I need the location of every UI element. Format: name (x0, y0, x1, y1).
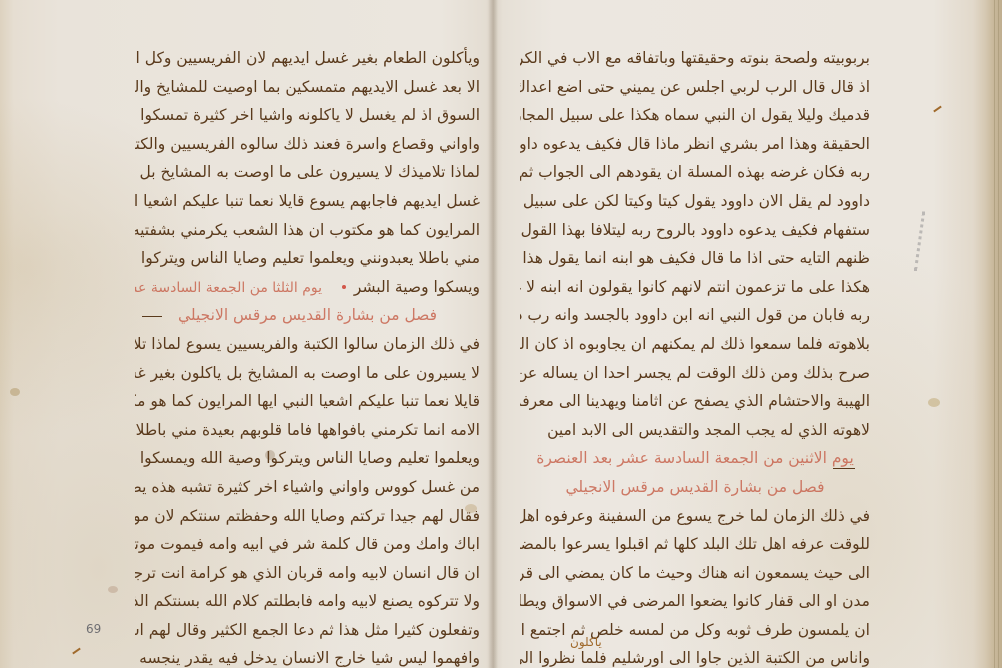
text-line: في ذلك الزمان سالوا الكتبة والفريسيين يس… (135, 330, 480, 359)
text-line: غسل ايديهم فاجابهم يسوع قايلا نعما تنبا … (135, 187, 480, 216)
ink-mark (933, 106, 942, 113)
underline-stroke (142, 316, 162, 317)
ink-mark (72, 648, 81, 655)
text-line: داوود لم يقل الان داوود يقول كيتا وكيتا … (520, 187, 870, 216)
text-line: الا بعد غسل الايديهم متمسكين بما اوصيت ل… (135, 73, 480, 102)
text-line: لماذا تلاميذك لا يسيرون على ما اوصت به ا… (135, 158, 480, 187)
catchword: ياكلون (570, 635, 602, 649)
text-line: لاهوته الذي له يجب المجد والتقديس الى ال… (520, 416, 870, 445)
text-line: الهيبة والاحتشام الذي يصفح عن اثامنا ويه… (520, 387, 870, 416)
stain (10, 388, 20, 396)
text-line: بربوبيته ولصحة بنوته وحقيقتها وباتفاقه م… (520, 44, 870, 73)
left-page: ويأكلون الطعام بغير غسل ايديهم لان الفري… (0, 0, 493, 668)
text-line: ستفهام فكيف يدعوه داوود بالروح ربه ليتلا… (520, 216, 870, 245)
text-line: قدميك وليلا يقول ان النبي سماه هكذا على … (520, 101, 870, 130)
left-text-block: ويأكلون الطعام بغير غسل ايديهم لان الفري… (135, 44, 480, 668)
punctuation-dot-icon (342, 285, 346, 289)
text-line: الامه انما تكرمني بافواهها فاما قلوبهم ب… (135, 416, 480, 445)
text-line: اذ قال قال الرب لربي اجلس عن يميني حتى ا… (520, 73, 870, 102)
page-edge (998, 0, 999, 668)
folio-number: 69 (86, 622, 101, 636)
rubric-day-heading: يوم الثلثا من الجمعة السادسة عشر بعد الع… (135, 280, 322, 296)
text-line: وتفعلون كثيرا مثل هذا ثم دعا الجمع الكثي… (135, 616, 480, 645)
stain (928, 398, 940, 407)
text-line: واواني وقصاع واسرة فعند ذلك سالوه الفريس… (135, 130, 480, 159)
rubric-day-heading: يوم الاثنين من الجمعة السادسة عشر بعد ال… (520, 444, 870, 473)
text-line: في ذلك الزمان لما خرج يسوع من السفينة وع… (520, 502, 870, 531)
text-line: هكذا على ما تزعمون انتم لانهم كانوا يقول… (520, 273, 870, 302)
text-line: ولا تتركوه يصنع لابيه وامه فابطلتم كلام … (135, 587, 480, 616)
page-edge (994, 0, 995, 668)
stain (108, 586, 118, 593)
text-line: السوق اذ لم يغسل لا ياكلونه واشيا اخر كث… (135, 101, 480, 130)
text-line: من غسل كووس واواني واشياء اخر كثيرة تشبه… (135, 473, 480, 502)
text-line-with-rubric: ويسكوا وصية البشر يوم الثلثا من الجمعة ا… (135, 273, 480, 302)
text-line: ويأكلون الطعام بغير غسل ايديهم لان الفري… (135, 44, 480, 73)
text-line: للوقت عرفه اهل تلك البلد كلها ثم اقبلوا … (520, 530, 870, 559)
text-line: ربه فكان غرضه بهذه المسلة ان يقودهم الى … (520, 158, 870, 187)
rubric-gospel-heading: فصل من بشارة القديس مرقس الانجيلي (520, 473, 870, 502)
text-line: وافهموا ليس شيا خارج الانسان يدخل فيه يق… (135, 644, 480, 668)
text-segment: ويسكوا وصية البشر (354, 278, 480, 296)
text-line: بلاهوته فلما سمعوا ذلك لم يمكنهم ان يجاو… (520, 330, 870, 359)
text-line: ان قال انسان لابيه وامه قربان الذي هو كر… (135, 559, 480, 588)
text-line: اباك وامك ومن قال كلمة شر في ابيه وامه ف… (135, 530, 480, 559)
text-line: الى حيث يسمعون انه هناك وحيث ما كان يمضي… (520, 559, 870, 588)
right-page: بربوبيته ولصحة بنوته وحقيقتها وباتفاقه م… (493, 0, 1002, 668)
text-line: المرايون كما هو مكتوب ان هذا الشعب يكرمن… (135, 216, 480, 245)
text-line: لا يسيرون على ما اوصت به المشايخ بل ياكل… (135, 359, 480, 388)
text-line: صرح بذلك ومن ذلك الوقت لم يجسر احدا ان ي… (520, 359, 870, 388)
text-line: مني باطلا يعبدونني ويعلموا تعليم وصايا ا… (135, 244, 480, 273)
text-line: ويعلموا تعليم وصايا الناس ويتركوا وصية ا… (135, 444, 480, 473)
underline-stroke (833, 468, 855, 469)
text-line: الحقيقة وهذا امر بشري انظر ماذا قال فكيف… (520, 130, 870, 159)
text-line: فقال لهم جيدا تركتم وصايا الله وحفظتم سن… (135, 502, 480, 531)
text-line: ظنهم التايه حتى اذا ما قال فكيف هو ابنه … (520, 244, 870, 273)
text-line: ربه فابان من قول النبي انه ابن داوود بال… (520, 301, 870, 330)
text-line: قايلا نعما تنبا عليكم اشعيا النبي ايها ا… (135, 387, 480, 416)
pencil-mark (914, 211, 935, 272)
right-text-block: بربوبيته ولصحة بنوته وحقيقتها وباتفاقه م… (520, 44, 870, 668)
text-line: مدن او الى قفار كانوا يضعوا المرضى في ال… (520, 587, 870, 616)
manuscript-spread: ويأكلون الطعام بغير غسل ايديهم لان الفري… (0, 0, 1002, 668)
book-gutter (488, 0, 498, 668)
rubric-gospel-heading: فصل من بشارة القديس مرقس الانجيلي (135, 301, 480, 330)
